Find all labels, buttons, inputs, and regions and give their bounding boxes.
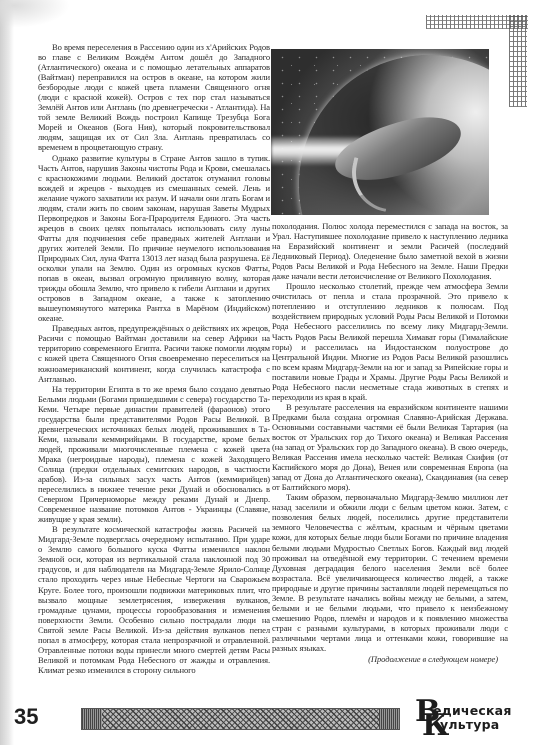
paragraph: похолодания. Полюс холода переместился с… — [272, 221, 508, 281]
paragraph: Таким образом, первоначально Мидгард-Зем… — [272, 492, 508, 653]
paragraph: В результате космической катастрофы жизн… — [38, 524, 270, 675]
page-spine-shadow — [0, 0, 14, 745]
right-text-column: похолодания. Полюс холода переместился с… — [272, 221, 508, 664]
paragraph: Праведных антов, предупреждённых о дейст… — [38, 323, 270, 383]
decorative-footer-band — [81, 708, 400, 730]
left-text-column: Во время переселения в Рассению один из … — [38, 42, 270, 675]
paragraph: Однако развитие культуры в Стране Антов … — [38, 153, 270, 324]
magazine-logo: В едическая К ультура — [415, 697, 535, 737]
decorative-ornament-side — [509, 15, 527, 107]
logo-word-2: ультура — [440, 717, 499, 732]
page-corner-shadow — [0, 0, 70, 28]
paragraph: На территории Египта в то же время было … — [38, 384, 270, 525]
spaceship-planet-photo — [271, 49, 489, 215]
continuation-note: (Продолжение в следующем номере) — [272, 654, 508, 664]
paragraph: В результате расселения на евразийском к… — [272, 402, 508, 492]
page-number: 35 — [14, 704, 38, 730]
paragraph: Во время переселения в Рассению один из … — [38, 42, 270, 153]
paragraph: Прошло несколько столетий, прежде чем ат… — [272, 281, 508, 402]
